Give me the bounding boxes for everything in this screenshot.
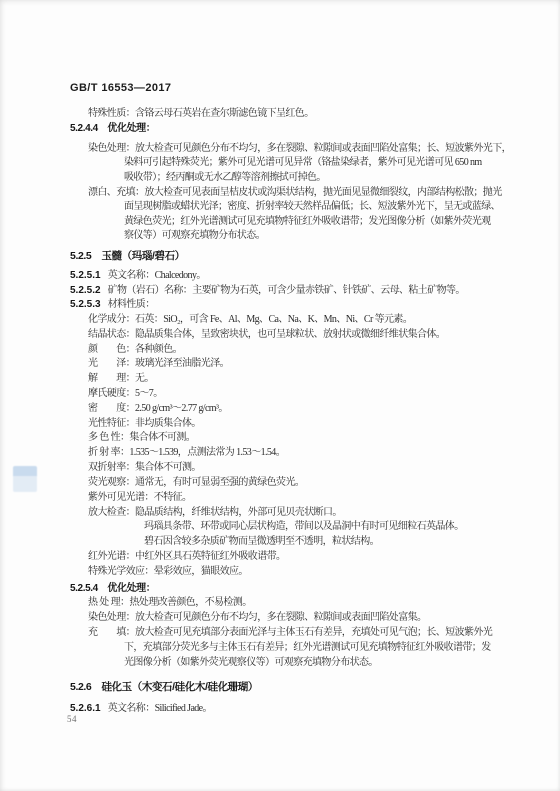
text-line: 光性特征：非均质集合体。 <box>88 418 201 430</box>
text-line: 荧光观察：通常无，有时可显弱至强的黄绿色荧光。 <box>88 477 304 489</box>
text-line: 5.2.5.2矿物（岩石）名称：主要矿物为石英，可含少量赤铁矿、针铁矿、云母、粘… <box>70 285 465 297</box>
text-line: 双折射率：集合体不可测。 <box>88 462 201 474</box>
line-text: 英文名称：Chalcedony。 <box>108 270 206 281</box>
text-line: 折 射 率：1.535～1.539，点测法常为 1.53～1.54。 <box>88 447 285 459</box>
text-line: 紫外可见光谱：不特征。 <box>88 492 191 504</box>
clause-number: 5.2.5.2 <box>70 285 101 296</box>
text-line: 染色处理：放大检查可见颜色分布不均匀，多在裂隙、粒隙间或表面凹陷处富集。 <box>88 612 426 624</box>
clause-number: 5.2.5.1 <box>70 270 101 281</box>
text-line: 面呈现树脂或蜡状光泽；密度、折射率较天然样品偏低；长、短波紫外光下，呈无或蓝绿、 <box>124 201 500 213</box>
text-line: 5.2.6.1英文名称：Silicified Jade。 <box>70 703 212 715</box>
text-line: 察仪等）可观察充填物分布状态。 <box>124 230 265 242</box>
line-text: 英文名称：Silicified Jade。 <box>108 703 212 714</box>
text-line: 充 填：放大检查可见充填部分表面光泽与主体玉石有差异，充填处可见气泡；长、短波紫… <box>88 627 492 639</box>
clause-heading: 5.2.6 硅化玉（木变石/硅化木/硅化珊瑚） <box>70 681 258 693</box>
text-line: 结晶状态：隐晶质集合体，呈致密块状，也可呈球粒状、放射状或微细纤维状集合体。 <box>88 329 445 341</box>
text-line: 5.2.4.4 优化处理： <box>70 123 155 135</box>
line-text: 材料性质： <box>108 299 155 310</box>
text-line: 黄绿色荧光；红外光谱测试可见充填物特征红外吸收谱带；发光图像分析（如紫外荧光观 <box>124 216 491 228</box>
text-line: 多 色 性：集合体不可测。 <box>88 432 195 444</box>
text-line: 特殊光学效应：晕彩效应，猫眼效应。 <box>88 566 248 578</box>
text-line: 颜 色：各种颜色。 <box>88 344 182 356</box>
line-text: 矿物（岩石）名称：主要矿物为石英，可含少量赤铁矿、针铁矿、云母、粘土矿物等。 <box>108 285 465 296</box>
text-line: 玛瑙具条带、环带或同心层状构造，带间以及晶洞中有时可见细粒石英晶体。 <box>144 521 464 533</box>
text-line: 热 处 理：热处理改善颜色，不易检测。 <box>88 597 252 609</box>
document-page: GB/T 16553—2017 特殊性质：含铬云母石英岩在查尔斯滤色镜下呈红色。… <box>0 0 560 791</box>
watermark-stamp-bottom <box>13 476 37 492</box>
clause-number: 5.2.6.1 <box>70 703 101 714</box>
text-line: 光图像分析（如紫外荧光观察仪等）可观察充填物分布状态。 <box>124 657 378 669</box>
text-line: 碧石因含较多杂质矿物而呈微透明至不透明，粒状结构。 <box>144 536 379 548</box>
text-line: 光 泽：玻璃光泽至油脂光泽。 <box>88 358 229 370</box>
text-line: 漂白、充填：放大检查可见表面呈桔皮状或沟渠状结构，抛光面见显微细裂纹，内部结构松… <box>88 187 502 199</box>
text-line: 染色处理：放大检查可见颜色分布不均匀，多在裂隙、粒隙间或表面凹陷处富集；长、短波… <box>88 143 511 155</box>
watermark-stamp-top <box>13 466 37 476</box>
text-line: 解 理：无。 <box>88 373 154 385</box>
text-line: 密 度：2.50 g/cm³～2.77 g/cm³。 <box>88 403 228 415</box>
text-line: 5.2.5.3材料性质： <box>70 299 155 311</box>
text-line: 特殊性质：含铬云母石英岩在查尔斯滤色镜下呈红色。 <box>88 108 314 120</box>
text-line: 5.2.5.1英文名称：Chalcedony。 <box>70 270 206 282</box>
text-line: 染料可引起特殊荧光；紫外可见光谱可见异常（铬盐染绿者，紫外可见光谱可见 650 … <box>124 157 482 169</box>
text-line: 下，充填部分荧光多与主体玉石有差异；红外光谱测试可见充填物特征红外吸收谱带；发 <box>124 642 491 654</box>
text-line: 5.2.5.4 优化处理： <box>70 583 155 595</box>
text-line: 摩氏硬度：5～7。 <box>88 388 163 400</box>
watermark-stamp <box>13 466 37 492</box>
standard-number-header: GB/T 16553—2017 <box>70 82 171 94</box>
clause-number: 5.2.5.3 <box>70 299 101 310</box>
page-number: 54 <box>67 714 77 724</box>
text-line: 放大检查：隐晶质结构，纤维状结构，外部可见贝壳状断口。 <box>88 507 342 519</box>
clause-heading: 5.2.5 玉髓（玛瑙/碧石） <box>70 250 185 262</box>
text-line: 化学成分：石英：SiO₂，可含 Fe、Al、Mg、Ca、Na、K、Mn、Ni、C… <box>88 314 412 326</box>
text-line: 吸收带）；经丙酮或无水乙醇等溶剂擦拭可掉色。 <box>124 172 326 184</box>
text-line: 红外光谱：中红外区具石英特征红外吸收谱带。 <box>88 551 285 563</box>
